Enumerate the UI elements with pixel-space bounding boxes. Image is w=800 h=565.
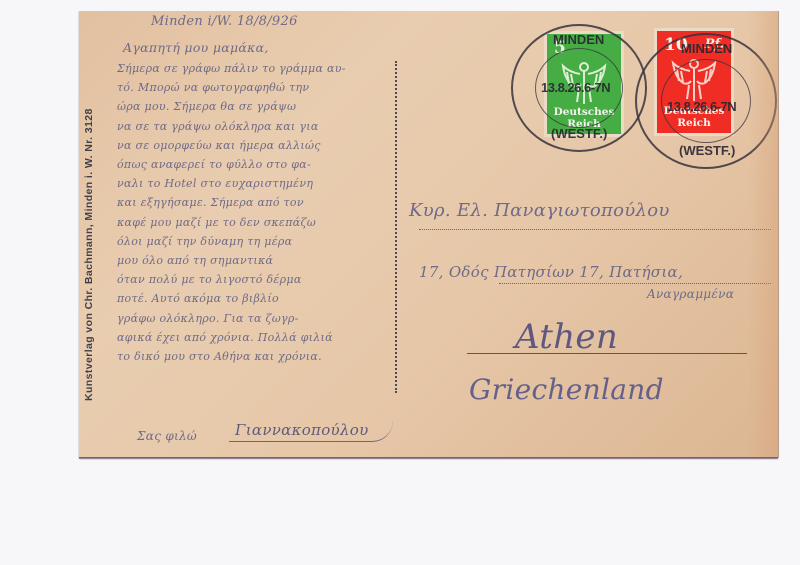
message-line: ποτέ. Αυτό ακόμα το βιβλίο xyxy=(117,289,389,308)
postmark-left: MINDEN 13.8.26.6-7N (WESTF.) xyxy=(511,24,647,152)
message-signature: Γιαννακοπούλου xyxy=(229,421,393,442)
message-greeting: Αγαπητή μου μαμάκα, xyxy=(123,40,269,55)
address-country: Griechenland xyxy=(469,373,664,406)
message-line: γράφω ολόκληρο. Για τα ζωγρ- xyxy=(117,309,389,328)
message-line: Σήμερα σε γράφω πάλιν το γράμμα αυ- xyxy=(117,59,389,78)
address-line-2 xyxy=(499,283,771,284)
postmark-city: MINDEN xyxy=(681,41,732,56)
message-line: ναλι το Hotel στο ευχαριστημένη xyxy=(117,174,389,193)
postmark-date: 13.8.26.6-7N xyxy=(541,80,610,95)
address-line-1 xyxy=(419,229,771,230)
postcard: Kunstverlag von Chr. Bachmann, Minden i.… xyxy=(79,11,778,458)
postmark-right: MINDEN 13.8.26.6-7N (WESTF.) xyxy=(635,33,777,169)
message-line: όταν πολύ με το λιγοστό δέρμα xyxy=(117,270,389,289)
message-line: και εξηγήσαμε. Σήμερα από τον xyxy=(117,193,389,212)
postmark-date: 13.8.26.6-7N xyxy=(667,99,736,114)
message-line: τό. Μπορώ να φωτογραφηθώ την xyxy=(117,78,389,97)
message-line: αφικά έχει από χρόνια. Πολλά φιλιά xyxy=(117,328,389,347)
publisher-imprint: Kunstverlag von Chr. Bachmann, Minden i.… xyxy=(83,108,95,401)
message-place-date: Minden i/W. 18/8/926 xyxy=(151,14,298,29)
message-signoff: Σας φιλώ xyxy=(137,429,197,443)
address-line-3 xyxy=(467,353,747,354)
address-district: Αναγραμμένα xyxy=(647,287,734,301)
center-divider-line xyxy=(395,61,399,393)
postmark-region: (WESTF.) xyxy=(679,143,735,158)
message-line: όλοι μαζί την δύναμη τη μέρα xyxy=(117,232,389,251)
address-street: 17, Οδός Πατησίων 17, Πατήσια, xyxy=(419,263,683,281)
address-city: Athen xyxy=(515,317,618,357)
message-body: Σήμερα σε γράφω πάλιν το γράμμα αυ- τό. … xyxy=(117,59,389,366)
postmark-region: (WESTF.) xyxy=(551,126,607,141)
message-line: να σε ομορφεύω και ήμερα αλλιώς xyxy=(117,136,389,155)
message-line: μου όλο από τη σημαντικά xyxy=(117,251,389,270)
message-line: να σε τα γράψω ολόκληρα και για xyxy=(117,117,389,136)
postmark-city: MINDEN xyxy=(553,32,604,47)
address-recipient: Κυρ. Ελ. Παναγιωτοπούλου xyxy=(409,200,670,221)
message-line: το δικό μου στο Αθήνα και χρόνια. xyxy=(117,347,389,366)
message-line: καφέ μου μαζί με το δεν σκεπάζω xyxy=(117,213,389,232)
message-line: όπως αναφερεί το φύλλο στο φα- xyxy=(117,155,389,174)
message-line: ώρα μου. Σήμερα θα σε γράψω xyxy=(117,97,389,116)
